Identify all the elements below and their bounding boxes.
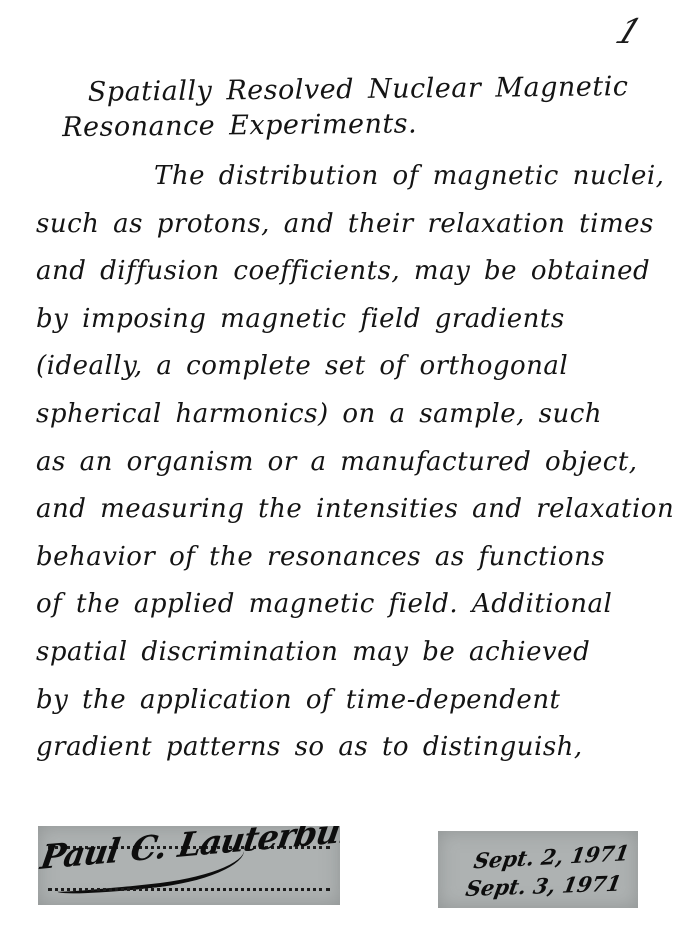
title-line: Spatially Resolved Nuclear Magnetic <box>88 69 629 110</box>
body-line: and measuring the intensities and relaxa… <box>36 486 686 534</box>
body-line: gradient patterns so as to distinguish, <box>36 724 686 772</box>
body-line: The distribution of magnetic nuclei, <box>36 153 686 201</box>
dotted-line <box>48 888 330 891</box>
body-line: and diffusion coefficients, may be obtai… <box>36 248 686 296</box>
body-line: spherical harmonics) on a sample, such <box>36 391 686 439</box>
body-line: by the application of time-dependent <box>36 677 686 725</box>
body-line: behavior of the resonances as functions <box>36 534 686 582</box>
body-line: such as protons, and their relaxation ti… <box>36 201 686 249</box>
body-line: by imposing magnetic field gradients <box>36 296 686 344</box>
body-line: as an organism or a manufactured object, <box>36 439 686 487</box>
title-line: Resonance Experiments. <box>62 104 629 145</box>
date-patch: Sept. 2, 1971 Sept. 3, 1971 <box>438 831 638 908</box>
notebook-page: 1 Spatially Resolved Nuclear Magnetic Re… <box>0 0 700 934</box>
document-body: The distribution of magnetic nuclei, suc… <box>36 153 686 772</box>
date-line: Sept. 3, 1971 <box>464 869 638 902</box>
body-line: (ideally, a complete set of orthogonal <box>36 343 686 391</box>
body-line: of the applied magnetic field. Additiona… <box>36 581 686 629</box>
signature-patch: Paul C. Lauterbur <box>38 826 340 905</box>
page-number: 1 <box>610 12 648 52</box>
document-title: Spatially Resolved Nuclear Magnetic Reso… <box>88 69 629 145</box>
body-line: spatial discrimination may be achieved <box>36 629 686 677</box>
